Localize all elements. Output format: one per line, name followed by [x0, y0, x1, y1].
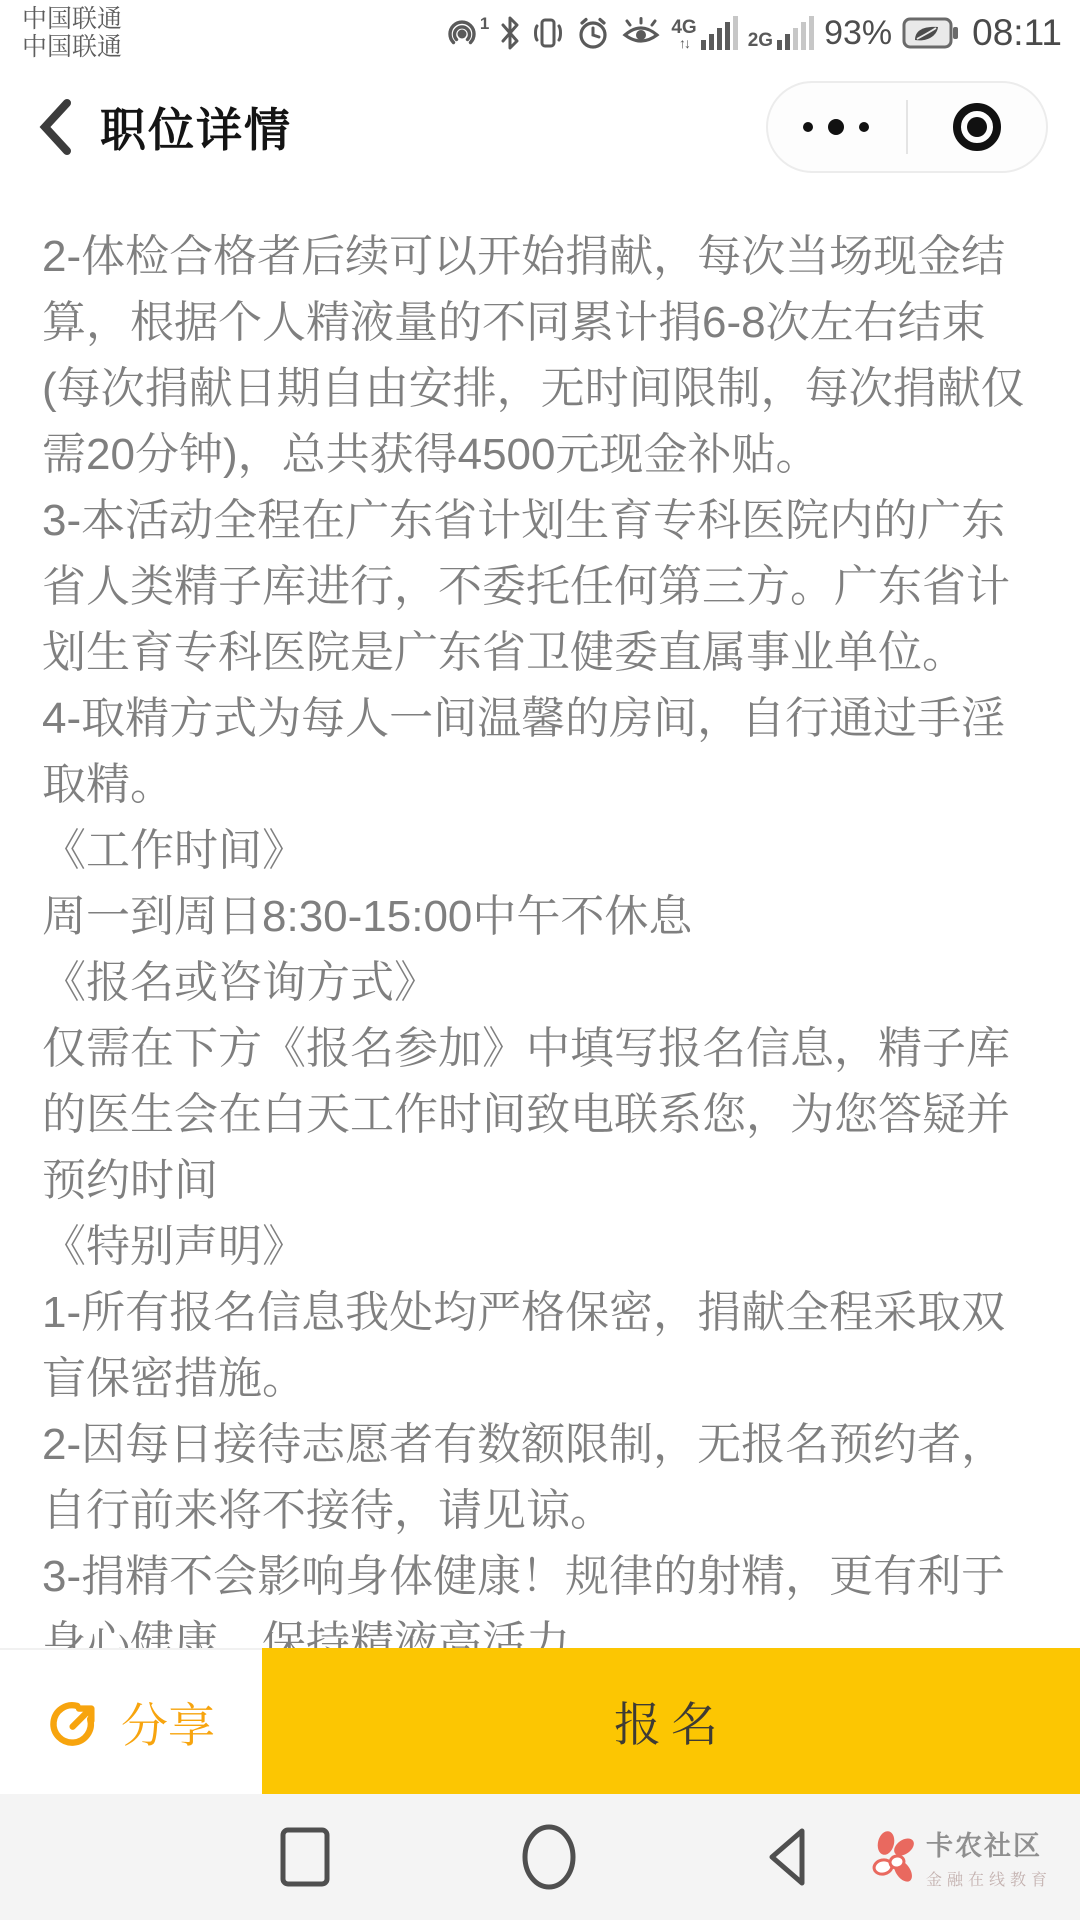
action-bar: 分享 报名: [0, 1648, 1080, 1794]
signal-sim1: 4G ↑↓: [671, 16, 737, 50]
paragraph: 2-因每日接待志愿者有数额限制，无报名预约者，自行前来将不接待，请见谅。: [42, 1412, 1038, 1544]
android-nav-bar: 卡农社区 金融在线教育: [0, 1794, 1080, 1920]
home-button[interactable]: [519, 1821, 579, 1893]
status-bar: 中国联通 中国联通 1: [0, 0, 1080, 64]
paragraph: 周一到周日8:30-15:00中午不休息: [42, 884, 1038, 950]
status-time: 08:11: [972, 12, 1062, 54]
alarm-icon: [575, 15, 611, 51]
battery-icon: [902, 17, 960, 49]
paragraph: 1-所有报名信息我处均严格保密，捐献全程采取双盲保密措施。: [42, 1280, 1038, 1412]
watermark: 卡农社区 金融在线教育: [870, 1824, 1052, 1890]
paragraph: 2-体检合格者后续可以开始捐献，每次当场现金结算，根据个人精液量的不同累计捐6-…: [42, 224, 1038, 488]
phone-screen: 中国联通 中国联通 1: [0, 0, 1080, 1920]
paragraph: 4-取精方式为每人一间温馨的房间，自行通过手淫取精。: [42, 686, 1038, 818]
page-title: 职位详情: [100, 94, 292, 160]
back-chevron-icon: [38, 96, 72, 158]
nav-back-button[interactable]: [760, 1823, 816, 1891]
paragraph: 3-本活动全程在广东省计划生育专科医院内的广东省人类精子库进行，不委托任何第三方…: [42, 488, 1038, 686]
paragraph: 仅需在下方《报名参加》中填写报名信息，精子库的医生会在白天工作时间致电联系您，为…: [42, 1016, 1038, 1214]
more-button[interactable]: [768, 83, 906, 171]
vibrate-icon: [531, 15, 565, 51]
close-miniprogram-button[interactable]: [908, 83, 1046, 171]
share-label: 分享: [121, 1689, 215, 1756]
carrier-labels: 中国联通 中国联通: [22, 5, 122, 61]
watermark-subtitle: 金融在线教育: [926, 1867, 1052, 1890]
paragraph: 3-捐精不会影响身体健康！规律的射精，更有利于身心健康，保持精液高活力。: [42, 1544, 1038, 1648]
bluetooth-icon: [499, 15, 521, 51]
signal-bars-sim2: [777, 16, 814, 50]
signup-button[interactable]: 报名: [262, 1648, 1080, 1794]
more-dots-icon: [794, 117, 880, 137]
battery-percent: 93%: [824, 14, 892, 53]
signal-bars-sim1: [701, 16, 738, 50]
hotspot-icon: 1: [445, 16, 489, 50]
carrier-name-sim1: 中国联通: [22, 5, 122, 33]
paragraph: 《报名或咨询方式》: [42, 950, 1038, 1016]
data-arrows-icon: ↑↓: [679, 37, 689, 50]
watermark-title: 卡农社区: [926, 1824, 1052, 1863]
eye-comfort-icon: [621, 15, 661, 51]
miniprogram-capsule: [766, 81, 1048, 173]
paragraph: 《工作时间》: [42, 818, 1038, 884]
hotspot-count: 1: [480, 14, 489, 34]
back-button[interactable]: [38, 96, 74, 158]
carrier-name-sim2: 中国联通: [22, 33, 122, 61]
network-type-sim2: 2G: [748, 32, 773, 50]
paragraph: 《特别声明》: [42, 1214, 1038, 1280]
signal-sim2: 2G: [748, 16, 814, 50]
job-description: 2-体检合格者后续可以开始捐献，每次当场现金结算，根据个人精液量的不同累计捐6-…: [0, 190, 1080, 1648]
recents-button[interactable]: [277, 1824, 333, 1890]
kanong-logo-icon: [870, 1829, 918, 1885]
share-icon: [47, 1694, 103, 1750]
target-icon: [948, 98, 1006, 156]
header: 职位详情: [0, 64, 1080, 190]
share-button[interactable]: 分享: [0, 1648, 262, 1794]
